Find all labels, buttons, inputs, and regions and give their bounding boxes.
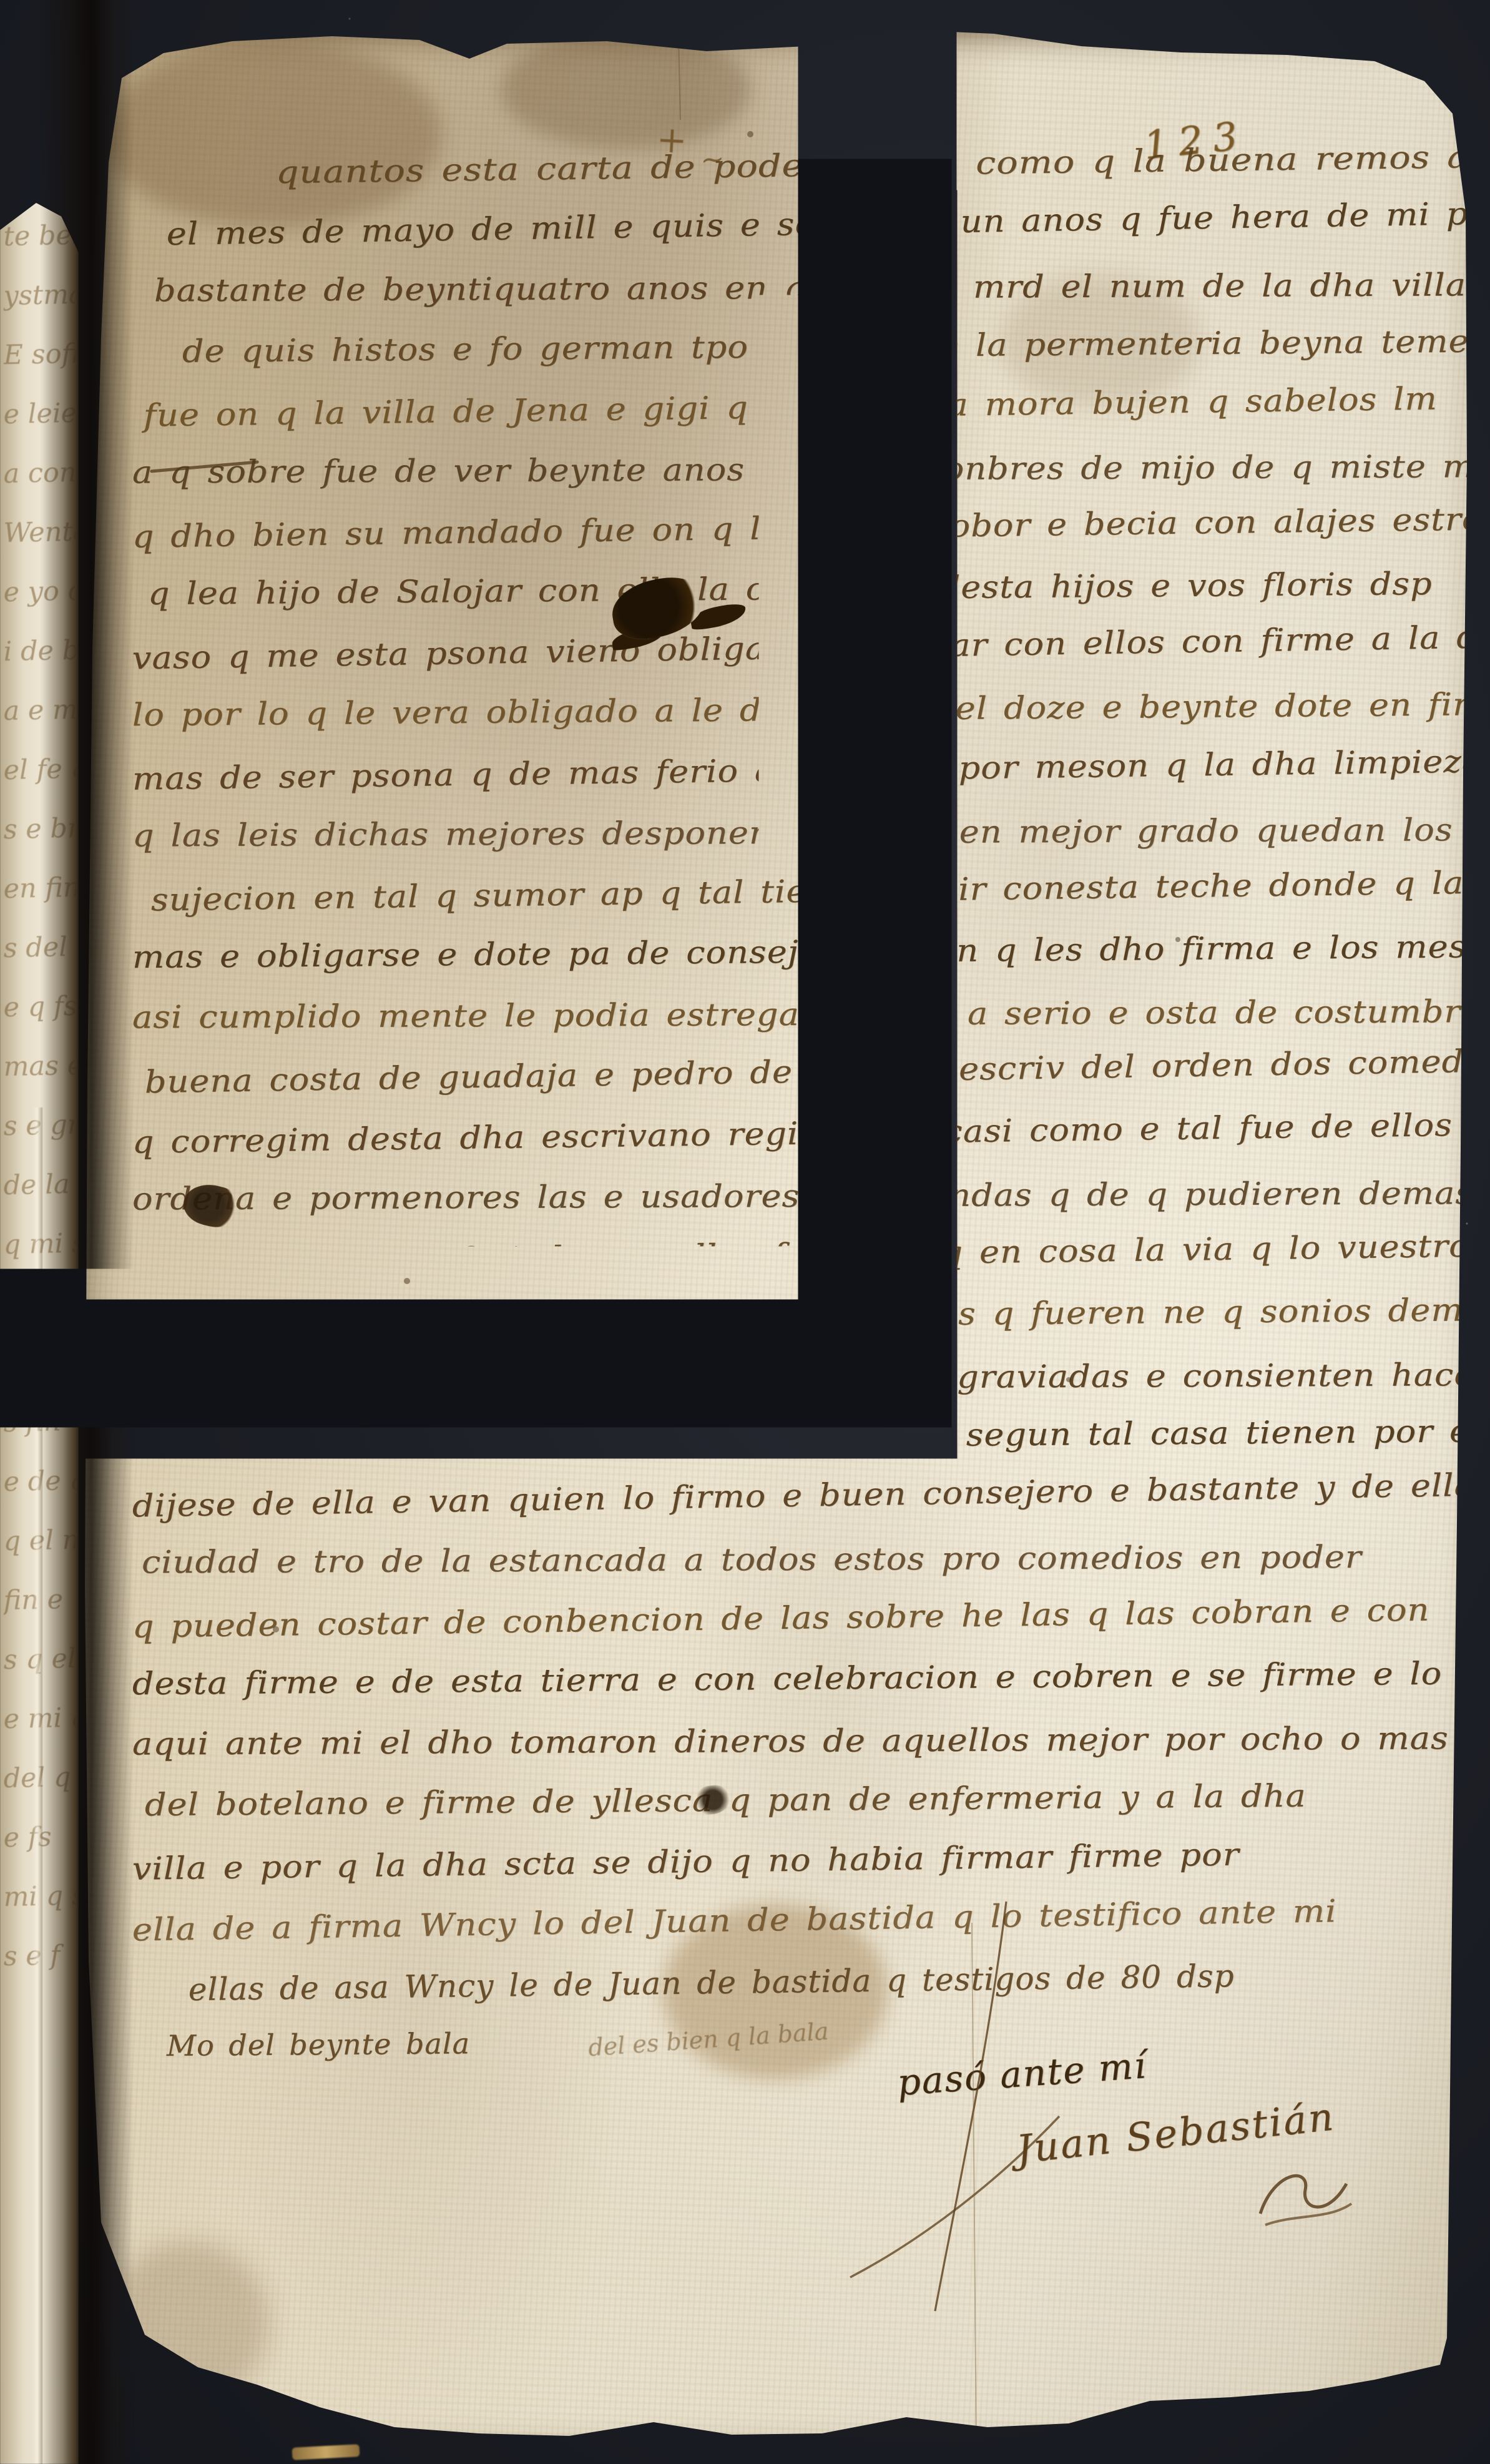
manuscript-line: desta firme e de esta tierra e con celeb… [132,1656,1444,1726]
manuscript-line: mas e obligarse e dote pa de consejero s… [132,929,1444,999]
text-fragment: Wenta [3,516,77,577]
text-fragment: i de ban [3,635,77,695]
text-fragment: a con n [3,457,77,518]
text-fragment: ystma [3,279,77,340]
page-fold-highlight [32,1107,42,2464]
text-fragment: en fin [3,872,77,933]
manuscript-line: q el dsl lo q ansi q entre las contraria… [132,1357,1443,1423]
crease-line [679,36,680,120]
stain [501,30,750,149]
manuscript-line: por todos en juntos e todos los abtos e … [125,1292,1444,1363]
text-fragment: s e bn [3,813,77,873]
text-fragment: e yo ce [3,576,77,636]
text-fragment: s del q [3,931,77,992]
previous-page-edge: te bel ystma E sofin e leien a con n Wen… [0,203,79,2464]
manuscript-page: + ~ 123 quantos esta carta de poder bier… [70,25,1468,2460]
text-fragment: mas e [3,1050,77,1111]
text-fragment: E sofin [3,338,77,399]
text-fragment: e q fs [3,991,77,1051]
text-fragment: e leien [3,398,77,458]
stain [107,2241,270,2403]
text-fragment: el fe q [3,753,77,814]
manuscript-text-block: quantos esta carta de poder bieren como … [107,147,1443,2084]
text-fragment: a e mis [3,694,77,755]
under-page-edge [292,2444,360,2460]
signature-rubric-icon [1253,2160,1359,2235]
manuscript-line: aqui ante mi el dho tomaron dineros de a… [132,1720,1443,1786]
manuscript-line: bastante de beyntiquatro anos en q la rr… [154,267,1443,333]
text-fragment: te bel [3,220,77,280]
photograph-background: te bel ystma E sofin e leien a con n Wen… [0,0,1490,2464]
